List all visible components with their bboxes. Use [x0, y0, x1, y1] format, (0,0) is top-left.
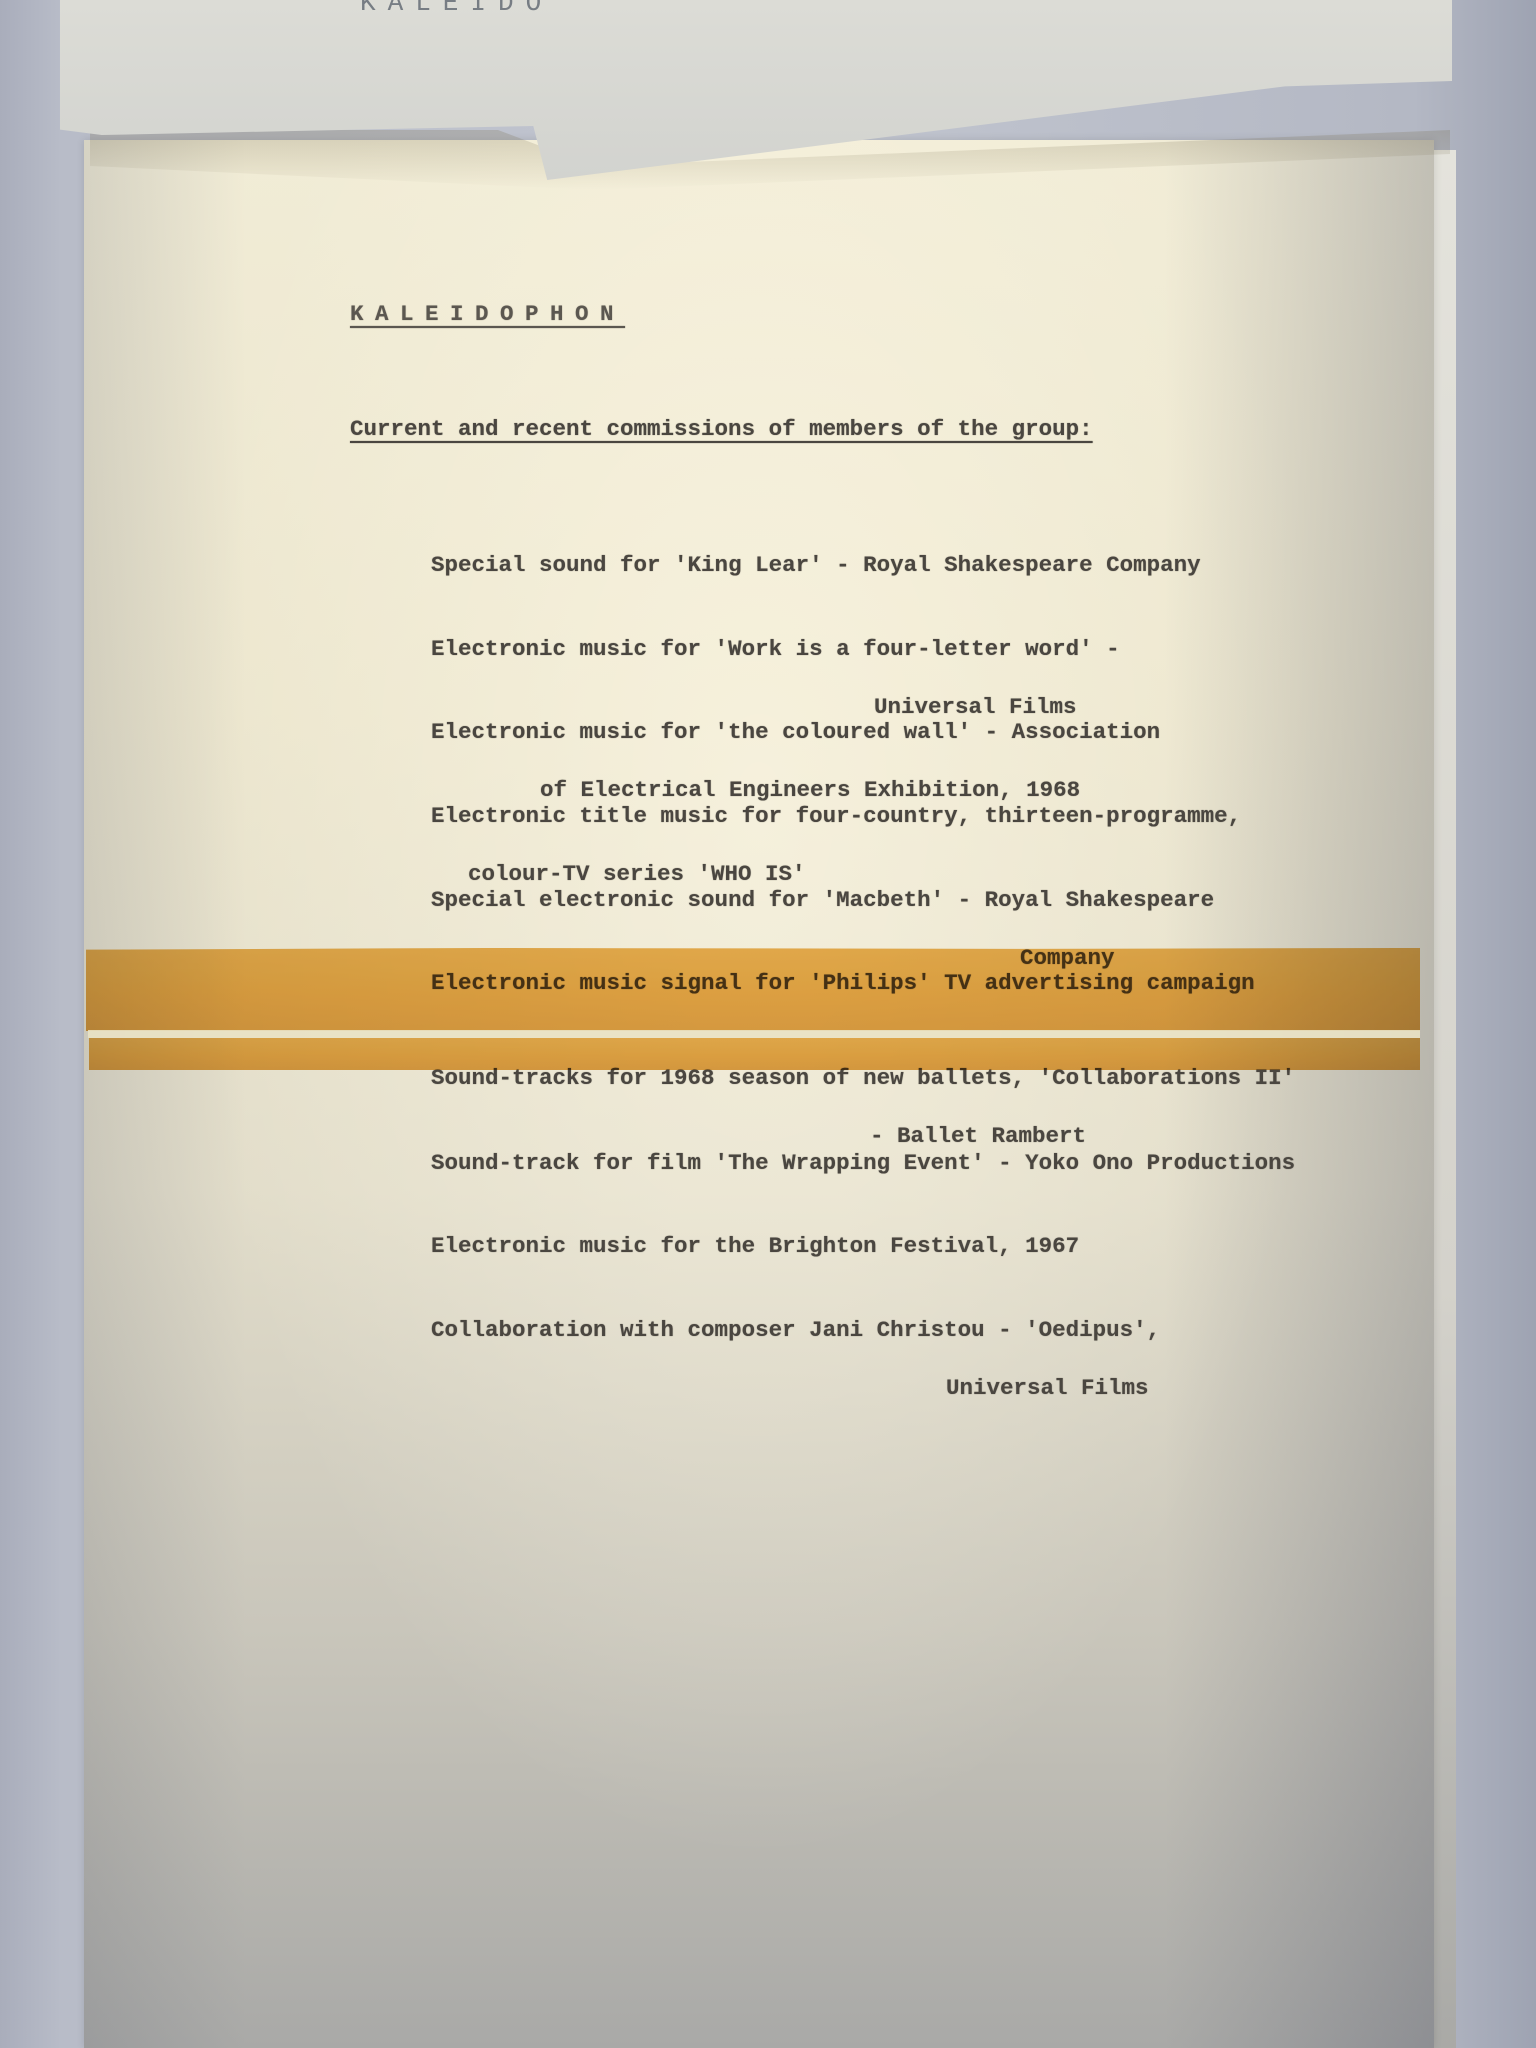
entry-line: Special sound for 'King Lear' - Royal Sh…	[431, 552, 1201, 578]
entry-line: Electronic music for 'Work is a four-let…	[431, 636, 1120, 662]
entry-line: Sound-track for film 'The Wrapping Event…	[431, 1150, 1295, 1176]
flap-text: KALEIDO	[360, 0, 553, 18]
commission-entry: Electronic music for the Brighton Festiv…	[350, 1203, 1079, 1290]
commission-entry: Special sound for 'King Lear' - Royal Sh…	[350, 522, 1201, 609]
commission-entry: Sound-track for film 'The Wrapping Event…	[350, 1120, 1295, 1207]
entry-line: Electronic music for the Brighton Festiv…	[431, 1233, 1079, 1259]
adhesive-tape-strip	[86, 948, 1420, 1031]
typed-document: KALEIDOPHON Current and recent commissio…	[350, 300, 1350, 522]
adhesive-tape-strip	[89, 1038, 1420, 1070]
entry-line: Electronic title music for four-country,…	[431, 803, 1241, 829]
document-subtitle: Current and recent commissions of member…	[350, 415, 1350, 444]
entry-continuation: Universal Films	[350, 1374, 1160, 1403]
tape-gap	[88, 1030, 1420, 1038]
entry-line: Collaboration with composer Jani Christo…	[431, 1317, 1160, 1343]
commission-entry: Collaboration with composer Jani Christo…	[350, 1287, 1160, 1461]
document-title: KALEIDOPHON	[350, 300, 1350, 329]
entry-line: Electronic music for 'the coloured wall'…	[431, 719, 1160, 745]
entry-line: Special electronic sound for 'Macbeth' -…	[431, 887, 1214, 913]
